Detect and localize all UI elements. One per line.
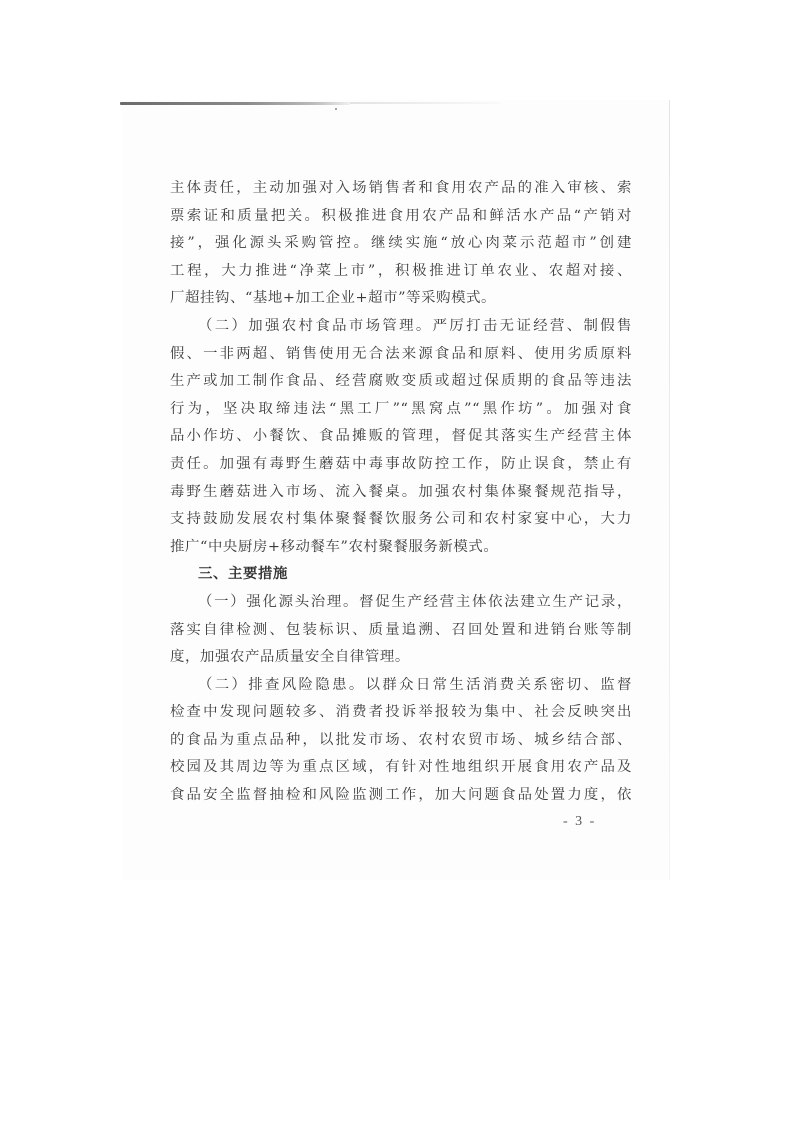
- text-line: （二）排查风险隐患。以群众日常生活消费关系密切、监督: [170, 672, 632, 700]
- text-line: 推广“中央厨房+移动餐车”农村聚餐服务新模式。: [170, 534, 632, 562]
- text-line: 生产或加工制作食品、经营腐败变质或超过保质期的食品等违法: [170, 368, 632, 396]
- header-rule-fade: [350, 102, 500, 104]
- scan-speck: [335, 108, 337, 110]
- paragraph-source-governance: （一）强化源头治理。督促生产经营主体依法建立生产记录， 落实自律检测、包装标识、…: [170, 589, 632, 672]
- text-line: 校园及其周边等为重点区域，有针对性地组织开展食用农产品及: [170, 754, 632, 782]
- text-line: 度，加强农产品质量安全自律管理。: [170, 644, 632, 672]
- text-line: 落实自律检测、包装标识、质量追溯、召回处置和进销台账等制: [170, 617, 632, 645]
- page-number: - 3 -: [563, 814, 596, 830]
- text-line: 的食品为重点品种，以批发市场、农村农贸市场、城乡结合部、: [170, 727, 632, 755]
- text-line: 食品安全监督抽检和风险监测工作，加大问题食品处置力度，依: [170, 782, 632, 810]
- text-line: 假、一非两超、销售使用无合法来源食品和原料、使用劣质原料: [170, 341, 632, 369]
- text-line: 接”，强化源头采购管控。继续实施“放心肉菜示范超市”创建: [170, 230, 632, 258]
- text-line: 检查中发现问题较多、消费者投诉举报较为集中、社会反映突出: [170, 699, 632, 727]
- text-line: 毒野生蘑菇进入市场、流入餐桌。加强农村集体聚餐规范指导，: [170, 479, 632, 507]
- paragraph-continuation: 主体责任，主动加强对入场销售者和食用农产品的准入审核、索 票索证和质量把关。积极…: [170, 175, 632, 313]
- document-body: 主体责任，主动加强对入场销售者和食用农产品的准入审核、索 票索证和质量把关。积极…: [170, 175, 632, 810]
- text-line: 主体责任，主动加强对入场销售者和食用农产品的准入审核、索: [170, 175, 632, 203]
- text-line: 行为，坚决取缔违法“黑工厂”“黑窝点”“黑作坊”。加强对食: [170, 396, 632, 424]
- header-rule: [120, 102, 350, 105]
- text-line: 责任。加强有毒野生蘑菇中毒事故防控工作，防止误食，禁止有: [170, 451, 632, 479]
- paragraph-rural-market: （二）加强农村食品市场管理。严厉打击无证经营、制假售 假、一非两超、销售使用无合…: [170, 313, 632, 561]
- scan-edge: [669, 100, 670, 880]
- text-line: 工程，大力推进“净菜上市”，积极推进订单农业、农超对接、: [170, 258, 632, 286]
- text-line: 品小作坊、小餐饮、食品摊贩的管理，督促其落实生产经营主体: [170, 423, 632, 451]
- text-line: 支持鼓励发展农村集体聚餐餐饮服务公司和农村家宴中心，大力: [170, 506, 632, 534]
- text-line: （二）加强农村食品市场管理。严厉打击无证经营、制假售: [170, 313, 632, 341]
- paragraph-risk-check: （二）排查风险隐患。以群众日常生活消费关系密切、监督 检查中发现问题较多、消费者…: [170, 672, 632, 810]
- text-line: 票索证和质量把关。积极推进食用农产品和鲜活水产品“产销对: [170, 203, 632, 231]
- section-heading: 三、主要措施: [170, 561, 632, 589]
- text-line: 厂超挂钩、“基地+加工企业+超市”等采购模式。: [170, 285, 632, 313]
- text-line: （一）强化源头治理。督促生产经营主体依法建立生产记录，: [170, 589, 632, 617]
